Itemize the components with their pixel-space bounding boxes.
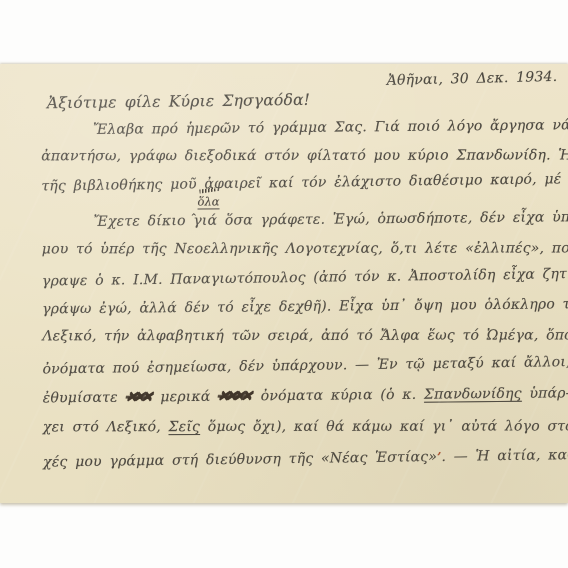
crossed-out-word: ✕✕✕✕ (217, 387, 251, 405)
body-line-7: γράψω ἐγώ, ἀλλά δέν τό εἶχε δεχθῆ). Εἶχα… (42, 294, 564, 319)
body-line-12-text: χές μου γράμμα στή διεύθυνση τῆς «Νέας Ἑ… (43, 449, 437, 470)
body-line-10: ἐθυμίσατε ✕✕✕ μερικά ✕✕✕✕ ὀνόματα κύρια … (43, 383, 565, 408)
body-line-12: χές μου γράμμα στή διεύθυνση τῆς «Νέας Ἑ… (43, 445, 565, 472)
body-line-5: μου τό ὑπέρ τῆς Νεοελληνικῆς Λογοτεχνίας… (42, 238, 564, 259)
underlined-name-spandonidis: Σπανδωνίδης (424, 386, 522, 403)
body-line-12-text: . — Ἡ αἰτία, καθώς θά (441, 446, 568, 465)
body-line-11: χει στό Λεξικό, Σεῖς ὅμως ὄχι), καί θά κ… (43, 416, 565, 437)
letter-content: Ἀθῆναι, 30 Δεκ. 1934. Ἀξιότιμε φίλε Κύρι… (0, 62, 568, 504)
inserted-word: ὅλα (197, 194, 219, 209)
underlined-word-seis: Σεῖς (169, 419, 201, 435)
body-line-6: γραψε ὁ κ. Ι.Μ. Παναγιωτόπουλος (ἀπό τόν… (42, 264, 564, 291)
body-line-10-text: ὑπάρ- (522, 385, 568, 401)
body-line-11-text: ὅμως ὄχι), καί θά κάμω καί γι᾽ αὐτά λόγο… (200, 418, 568, 435)
letter-paper: Ἀθῆναι, 30 Δεκ. 1934. Ἀξιότιμε φίλε Κύρι… (0, 64, 568, 503)
salutation-line: Ἀξιότιμε φίλε Κύριε Σησγαόδα! (47, 86, 563, 113)
body-line-11-text: χει στό Λεξικό, (43, 419, 169, 435)
body-line-8: Λεξικό, τήν ἀλφαβητική τῶν σειρά, ἀπό τό… (42, 325, 564, 346)
body-line-1: Ἔλαβα πρό ἡμερῶν τό γράμμα Σας. Γιά ποιό… (41, 115, 563, 140)
body-line-10-text: ἐθυμίσατε (43, 390, 126, 407)
body-line-10-text: μερικά (153, 389, 219, 406)
body-line-10-text: ὀνόματα κύρια (ὁ κ. (253, 387, 424, 405)
body-line-2: ἀπαντήσω, γράφω διεξοδικά στόν φίλτατό μ… (41, 145, 563, 166)
body-line-3: τῆς βιβλιοθήκης μοῦ ἀφαιρεῖ καί τόν ἐλάχ… (41, 169, 563, 196)
body-line-9: ὀνόματα πού ἐσημείωσα, δέν ὑπάρχουν. — Ἐ… (42, 352, 564, 379)
letter-photograph: Ἀθῆναι, 30 Δεκ. 1934. Ἀξιότιμε φίλε Κύρι… (0, 0, 568, 568)
crossed-out-word: ✕✕✕ (124, 388, 150, 406)
body-line-4: Ἔχετε δίκιο γιά ὅσα γράφετε. Ἐγώ, ὁπωσδή… (42, 207, 564, 232)
